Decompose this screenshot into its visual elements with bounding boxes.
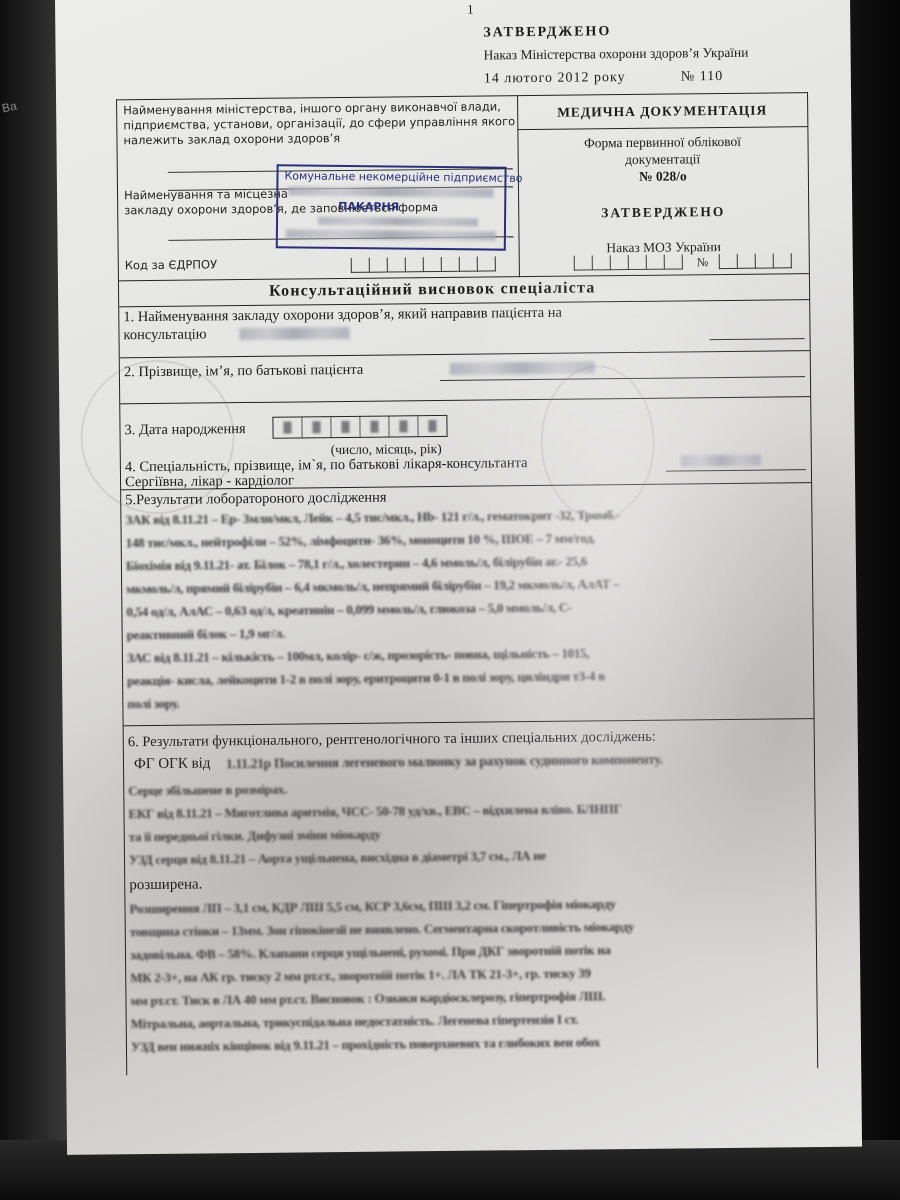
result-line: та її передньої гілки. Дифузні зміни міо… bbox=[129, 827, 381, 846]
section-3-4: 3. Дата народження (число, місяць, рік) … bbox=[120, 397, 811, 490]
order-date-cells[interactable] bbox=[574, 254, 683, 270]
section-1: 1. Найменування закладу охорони здоров’я… bbox=[119, 300, 809, 358]
ministry-label: Найменування міністерства, іншого органу… bbox=[123, 99, 515, 148]
clear-line: розширена. bbox=[129, 877, 202, 895]
result-line: полі зору. bbox=[127, 696, 179, 713]
section-1-label: 1. Найменування закладу охорони здоров’я… bbox=[123, 305, 562, 327]
result-line: реактивний білок – 1,9 мг/л. bbox=[127, 626, 285, 644]
result-line: товщина стінки – 13мм. Зон гіпокінезії н… bbox=[130, 919, 635, 940]
redacted-block bbox=[286, 229, 496, 240]
result-line: Мітральна, аортальна, трикуспідальна нед… bbox=[131, 1012, 579, 1033]
stamp-line-2: ПАКАРНЯ bbox=[338, 200, 399, 214]
approval-date: 14 лютого 2012 року bbox=[484, 70, 626, 87]
result-line: Розширення ЛП – 3,1 см, КДР ЛШ 5,5 см, К… bbox=[129, 896, 615, 917]
institution-stamp: Комунальне некомерційне підприємство ПАК… bbox=[276, 164, 507, 250]
result-line: УЗД серця від 8.11.21 – Аорта ущільнена,… bbox=[129, 848, 546, 868]
order-number-label: № bbox=[697, 255, 709, 270]
field-line bbox=[710, 338, 805, 340]
redacted-doctor-name bbox=[681, 455, 761, 467]
section-3-label: 3. Дата народження bbox=[124, 421, 245, 439]
form-028o: Найменування міністерства, іншого органу… bbox=[116, 92, 818, 1075]
medical-documentation-title: МЕДИЧНА ДОКУМЕНТАЦІЯ bbox=[517, 93, 807, 130]
section-5: 5.Результати лоборатороного дослідження … bbox=[121, 483, 813, 726]
result-line: УЗД вен нижніх кінцівок від 9.11.21 – пр… bbox=[131, 1034, 600, 1055]
result-line: Серце збільшене в розмірах. bbox=[128, 782, 287, 800]
result-line: МК 2-3+, на АК гр. тиску 2 мм рт.ст., зв… bbox=[130, 965, 591, 986]
result-line: 0,54 од/л, АлАС – 0,63 од/л, креатинін –… bbox=[126, 600, 572, 621]
redacted-referring-facility bbox=[239, 327, 349, 340]
birth-date-cells[interactable] bbox=[272, 415, 447, 439]
section-6: 6. Результати функціонального, рентгенол… bbox=[124, 719, 818, 1086]
result-line: мкмоль/л, прямий білірубін – 6,4 мкмоль/… bbox=[126, 576, 619, 597]
order-number-cells[interactable] bbox=[719, 253, 792, 269]
approval-number: № 110 bbox=[681, 69, 724, 85]
result-line: мм рт.ст. Тиск в ЛА 40 мм рт.ст. Висново… bbox=[130, 988, 605, 1009]
fg-prefix: ФГ ОГК від bbox=[134, 755, 211, 773]
result-line: реакція- кисла, лейкоцити 1-2 в полі зор… bbox=[127, 668, 605, 689]
approval-order: Наказ Міністерства охорони здоров’я Укра… bbox=[484, 45, 749, 64]
section-1-label-2: консультацію bbox=[123, 326, 206, 344]
section-6-label: 6. Результати функціонального, рентгенол… bbox=[128, 729, 656, 752]
fg-result: 1.11.21р Посилення легеневого малюнку за… bbox=[226, 752, 663, 773]
result-line: 148 тис/мкл., нейтрофіли – 52%, лімфоцит… bbox=[126, 530, 596, 551]
approved-label: ЗАТВЕРДЖЕНО bbox=[518, 203, 808, 222]
document-title: Консультаційний висновок спеціаліста bbox=[269, 279, 596, 300]
approval-heading: ЗАТВЕРДЖЕНО bbox=[483, 24, 611, 41]
section-5-label: 5.Результати лоборатороного дослідження bbox=[125, 490, 386, 510]
doctor-name-line bbox=[666, 469, 806, 471]
sleeve-text: Ba bbox=[1, 99, 18, 116]
stamp-line-1: Комунальне некомерційне підприємство bbox=[284, 169, 522, 184]
header-left: Найменування міністерства, іншого органу… bbox=[117, 96, 520, 281]
result-line: ЗАС від 8.11.21 – кількість – 100мл, кол… bbox=[127, 645, 589, 666]
result-line: Біохімія від 9.11.21- ат. Білок – 78,1 г… bbox=[126, 553, 587, 574]
result-line: ЕКГ від 8.11.21 – Миготлива аритмія, ЧСС… bbox=[128, 801, 621, 822]
form-line-2: документації bbox=[518, 150, 808, 169]
redacted-block bbox=[288, 186, 493, 197]
edrpou-cells[interactable] bbox=[351, 256, 496, 273]
result-line: ЗАК від 8.11.21 – Ер- 3млн/мкл, Лейк – 4… bbox=[125, 507, 619, 528]
form-number: № 028/о bbox=[518, 167, 808, 186]
result-line: задовільна. ФВ – 58%. Клапани серця ущіл… bbox=[130, 942, 611, 963]
edrpou-label: Код за ЄДРПОУ bbox=[125, 257, 217, 273]
document-page: 1 ЗАТВЕРДЖЕНО Наказ Міністерства охорони… bbox=[55, 0, 862, 1155]
form-line-1: Форма первинної облікової bbox=[517, 133, 807, 152]
page-number: 1 bbox=[467, 2, 474, 18]
redacted-block bbox=[318, 217, 478, 227]
header-right: МЕДИЧНА ДОКУМЕНТАЦІЯ Форма первинної обл… bbox=[517, 93, 809, 277]
